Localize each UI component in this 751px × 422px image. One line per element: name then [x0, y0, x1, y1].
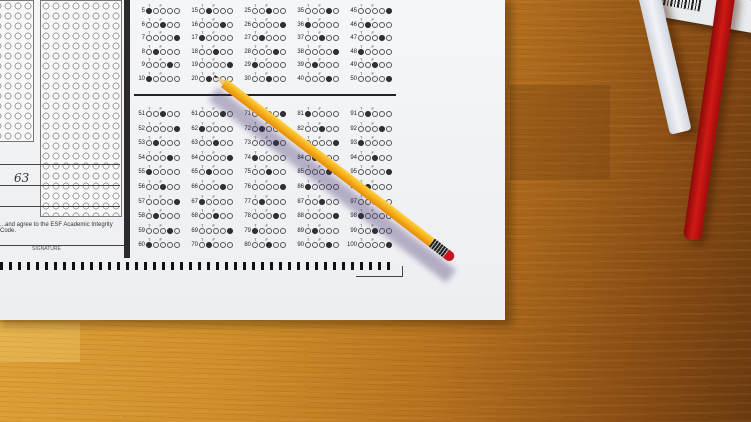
- answer-bubble[interactable]: [333, 155, 339, 161]
- answer-bubble[interactable]: [174, 22, 180, 28]
- answer-bubble[interactable]: [199, 213, 205, 219]
- answer-bubble[interactable]: [326, 22, 332, 28]
- answer-bubble[interactable]: [319, 62, 325, 68]
- answer-bubble[interactable]: [160, 8, 166, 14]
- answer-bubble[interactable]: [333, 140, 339, 146]
- answer-bubble[interactable]: [206, 184, 212, 190]
- answer-bubble[interactable]: [319, 213, 325, 219]
- answer-bubble[interactable]: [206, 199, 212, 205]
- answer-bubble[interactable]: [319, 199, 325, 205]
- answer-bubble[interactable]: [160, 126, 166, 132]
- answer-bubble[interactable]: [146, 111, 152, 117]
- answer-bubble[interactable]: [213, 199, 219, 205]
- answer-bubble[interactable]: [333, 242, 339, 248]
- answer-bubble[interactable]: [199, 199, 205, 205]
- answer-bubble[interactable]: [206, 62, 212, 68]
- answer-bubble[interactable]: [358, 76, 364, 82]
- answer-bubble[interactable]: [160, 228, 166, 234]
- answer-bubble[interactable]: [220, 140, 226, 146]
- answer-bubble[interactable]: [167, 111, 173, 117]
- answer-bubble[interactable]: [379, 184, 385, 190]
- answer-bubble[interactable]: [153, 126, 159, 132]
- answer-bubble[interactable]: [167, 213, 173, 219]
- answer-bubble[interactable]: [386, 111, 392, 117]
- answer-bubble[interactable]: [213, 22, 219, 28]
- answer-bubble[interactable]: [167, 62, 173, 68]
- answer-bubble[interactable]: [174, 242, 180, 248]
- answer-bubble[interactable]: [167, 155, 173, 161]
- answer-bubble[interactable]: [220, 199, 226, 205]
- answer-bubble[interactable]: [206, 126, 212, 132]
- answer-bubble[interactable]: [266, 155, 272, 161]
- answer-bubble[interactable]: [273, 8, 279, 14]
- answer-bubble[interactable]: [358, 35, 364, 41]
- answer-bubble[interactable]: [199, 169, 205, 175]
- answer-bubble[interactable]: [199, 140, 205, 146]
- answer-bubble[interactable]: [379, 111, 385, 117]
- answer-bubble[interactable]: [305, 76, 311, 82]
- answer-bubble[interactable]: [266, 184, 272, 190]
- answer-bubble[interactable]: [273, 155, 279, 161]
- answer-bubble[interactable]: [227, 8, 233, 14]
- answer-bubble[interactable]: [174, 126, 180, 132]
- answer-bubble[interactable]: [206, 228, 212, 234]
- answer-bubble[interactable]: [213, 62, 219, 68]
- answer-bubble[interactable]: [266, 76, 272, 82]
- answer-bubble[interactable]: [252, 8, 258, 14]
- answer-bubble[interactable]: [160, 62, 166, 68]
- answer-bubble[interactable]: [227, 126, 233, 132]
- answer-bubble[interactable]: [266, 228, 272, 234]
- answer-bubble[interactable]: [266, 169, 272, 175]
- answer-bubble[interactable]: [227, 169, 233, 175]
- answer-bubble[interactable]: [266, 35, 272, 41]
- answer-bubble[interactable]: [312, 242, 318, 248]
- answer-bubble[interactable]: [312, 49, 318, 55]
- answer-bubble[interactable]: [379, 242, 385, 248]
- answer-bubble[interactable]: [358, 126, 364, 132]
- answer-bubble[interactable]: [266, 213, 272, 219]
- answer-bubble[interactable]: [153, 111, 159, 117]
- answer-bubble[interactable]: [252, 169, 258, 175]
- answer-bubble[interactable]: [365, 228, 371, 234]
- answer-bubble[interactable]: [326, 8, 332, 14]
- answer-bubble[interactable]: [174, 213, 180, 219]
- answer-bubble[interactable]: [379, 155, 385, 161]
- answer-bubble[interactable]: [146, 242, 152, 248]
- answer-bubble[interactable]: [358, 242, 364, 248]
- answer-bubble[interactable]: [174, 140, 180, 146]
- answer-bubble[interactable]: [213, 169, 219, 175]
- answer-bubble[interactable]: [372, 62, 378, 68]
- answer-bubble[interactable]: [312, 62, 318, 68]
- answer-bubble[interactable]: [305, 22, 311, 28]
- answer-bubble[interactable]: [146, 126, 152, 132]
- answer-bubble[interactable]: [372, 169, 378, 175]
- answer-bubble[interactable]: [259, 62, 265, 68]
- answer-bubble[interactable]: [174, 111, 180, 117]
- answer-bubble[interactable]: [372, 22, 378, 28]
- answer-bubble[interactable]: [386, 62, 392, 68]
- answer-bubble[interactable]: [319, 111, 325, 117]
- answer-bubble[interactable]: [167, 242, 173, 248]
- answer-bubble[interactable]: [379, 62, 385, 68]
- answer-bubble[interactable]: [220, 49, 226, 55]
- answer-bubble[interactable]: [153, 62, 159, 68]
- answer-bubble[interactable]: [280, 228, 286, 234]
- answer-bubble[interactable]: [153, 8, 159, 14]
- answer-bubble[interactable]: [372, 76, 378, 82]
- answer-bubble[interactable]: [160, 35, 166, 41]
- answer-bubble[interactable]: [213, 49, 219, 55]
- answer-bubble[interactable]: [153, 184, 159, 190]
- answer-bubble[interactable]: [146, 76, 152, 82]
- answer-bubble[interactable]: [153, 140, 159, 146]
- answer-bubble[interactable]: [259, 242, 265, 248]
- answer-bubble[interactable]: [167, 140, 173, 146]
- answer-bubble[interactable]: [273, 49, 279, 55]
- answer-bubble[interactable]: [312, 76, 318, 82]
- answer-bubble[interactable]: [273, 228, 279, 234]
- answer-bubble[interactable]: [379, 35, 385, 41]
- answer-bubble[interactable]: [227, 199, 233, 205]
- answer-bubble[interactable]: [160, 169, 166, 175]
- answer-bubble[interactable]: [358, 49, 364, 55]
- answer-bubble[interactable]: [160, 76, 166, 82]
- answer-bubble[interactable]: [305, 242, 311, 248]
- answer-bubble[interactable]: [213, 35, 219, 41]
- answer-bubble[interactable]: [227, 22, 233, 28]
- answer-bubble[interactable]: [386, 22, 392, 28]
- answer-bubble[interactable]: [379, 76, 385, 82]
- answer-bubble[interactable]: [305, 199, 311, 205]
- answer-bubble[interactable]: [372, 49, 378, 55]
- answer-bubble[interactable]: [259, 184, 265, 190]
- answer-bubble[interactable]: [326, 62, 332, 68]
- answer-bubble[interactable]: [259, 228, 265, 234]
- answer-bubble[interactable]: [365, 76, 371, 82]
- answer-bubble[interactable]: [153, 76, 159, 82]
- answer-bubble[interactable]: [160, 213, 166, 219]
- answer-bubble[interactable]: [372, 126, 378, 132]
- answer-bubble[interactable]: [326, 228, 332, 234]
- answer-bubble[interactable]: [273, 62, 279, 68]
- answer-bubble[interactable]: [199, 111, 205, 117]
- answer-bubble[interactable]: [326, 199, 332, 205]
- answer-bubble[interactable]: [146, 62, 152, 68]
- answer-bubble[interactable]: [280, 169, 286, 175]
- answer-bubble[interactable]: [160, 242, 166, 248]
- answer-bubble[interactable]: [199, 228, 205, 234]
- answer-bubble[interactable]: [167, 169, 173, 175]
- answer-bubble[interactable]: [206, 8, 212, 14]
- answer-bubble[interactable]: [372, 242, 378, 248]
- answer-bubble[interactable]: [273, 242, 279, 248]
- answer-bubble[interactable]: [312, 35, 318, 41]
- answer-bubble[interactable]: [199, 62, 205, 68]
- answer-bubble[interactable]: [227, 155, 233, 161]
- answer-bubble[interactable]: [386, 126, 392, 132]
- answer-bubble[interactable]: [386, 169, 392, 175]
- answer-bubble[interactable]: [280, 111, 286, 117]
- answer-bubble[interactable]: [259, 22, 265, 28]
- answer-bubble[interactable]: [167, 228, 173, 234]
- answer-bubble[interactable]: [213, 140, 219, 146]
- answer-bubble[interactable]: [386, 184, 392, 190]
- answer-bubble[interactable]: [259, 76, 265, 82]
- answer-bubble[interactable]: [333, 111, 339, 117]
- answer-bubble[interactable]: [153, 242, 159, 248]
- answer-bubble[interactable]: [167, 199, 173, 205]
- answer-bubble[interactable]: [280, 22, 286, 28]
- answer-bubble[interactable]: [372, 155, 378, 161]
- answer-bubble[interactable]: [319, 35, 325, 41]
- answer-bubble[interactable]: [358, 111, 364, 117]
- answer-bubble[interactable]: [220, 155, 226, 161]
- answer-bubble[interactable]: [372, 140, 378, 146]
- answer-bubble[interactable]: [280, 242, 286, 248]
- answer-bubble[interactable]: [266, 22, 272, 28]
- answer-bubble[interactable]: [358, 155, 364, 161]
- answer-bubble[interactable]: [153, 155, 159, 161]
- answer-bubble[interactable]: [174, 155, 180, 161]
- answer-bubble[interactable]: [266, 62, 272, 68]
- answer-bubble[interactable]: [273, 22, 279, 28]
- answer-bubble[interactable]: [220, 213, 226, 219]
- answer-bubble[interactable]: [379, 22, 385, 28]
- answer-bubble[interactable]: [379, 8, 385, 14]
- answer-bubble[interactable]: [206, 213, 212, 219]
- answer-bubble[interactable]: [259, 155, 265, 161]
- answer-bubble[interactable]: [358, 169, 364, 175]
- answer-bubble[interactable]: [227, 62, 233, 68]
- answer-bubble[interactable]: [273, 76, 279, 82]
- answer-bubble[interactable]: [146, 49, 152, 55]
- answer-bubble[interactable]: [333, 22, 339, 28]
- answer-bubble[interactable]: [220, 8, 226, 14]
- answer-bubble[interactable]: [199, 155, 205, 161]
- answer-bubble[interactable]: [358, 140, 364, 146]
- answer-bubble[interactable]: [167, 76, 173, 82]
- answer-bubble[interactable]: [386, 155, 392, 161]
- answer-bubble[interactable]: [160, 22, 166, 28]
- answer-bubble[interactable]: [174, 49, 180, 55]
- answer-bubble[interactable]: [160, 111, 166, 117]
- answer-bubble[interactable]: [386, 242, 392, 248]
- answer-bubble[interactable]: [312, 126, 318, 132]
- answer-bubble[interactable]: [213, 155, 219, 161]
- answer-bubble[interactable]: [252, 155, 258, 161]
- answer-bubble[interactable]: [333, 213, 339, 219]
- answer-bubble[interactable]: [326, 213, 332, 219]
- answer-bubble[interactable]: [273, 35, 279, 41]
- answer-bubble[interactable]: [266, 8, 272, 14]
- answer-bubble[interactable]: [227, 228, 233, 234]
- answer-bubble[interactable]: [326, 111, 332, 117]
- answer-bubble[interactable]: [220, 22, 226, 28]
- answer-bubble[interactable]: [174, 35, 180, 41]
- answer-bubble[interactable]: [305, 8, 311, 14]
- answer-bubble[interactable]: [199, 184, 205, 190]
- answer-bubble[interactable]: [167, 22, 173, 28]
- answer-bubble[interactable]: [206, 155, 212, 161]
- answer-bubble[interactable]: [153, 213, 159, 219]
- answer-bubble[interactable]: [266, 242, 272, 248]
- answer-bubble[interactable]: [326, 76, 332, 82]
- answer-bubble[interactable]: [213, 126, 219, 132]
- answer-bubble[interactable]: [146, 8, 152, 14]
- answer-bubble[interactable]: [252, 184, 258, 190]
- answer-bubble[interactable]: [280, 76, 286, 82]
- answer-bubble[interactable]: [305, 228, 311, 234]
- answer-bubble[interactable]: [252, 49, 258, 55]
- answer-bubble[interactable]: [326, 242, 332, 248]
- answer-bubble[interactable]: [312, 199, 318, 205]
- answer-bubble[interactable]: [386, 140, 392, 146]
- answer-bubble[interactable]: [213, 228, 219, 234]
- answer-bubble[interactable]: [146, 169, 152, 175]
- answer-bubble[interactable]: [365, 242, 371, 248]
- answer-bubble[interactable]: [280, 184, 286, 190]
- answer-bubble[interactable]: [333, 76, 339, 82]
- answer-bubble[interactable]: [252, 22, 258, 28]
- answer-bubble[interactable]: [199, 35, 205, 41]
- answer-bubble[interactable]: [312, 184, 318, 190]
- answer-bubble[interactable]: [213, 213, 219, 219]
- answer-bubble[interactable]: [372, 111, 378, 117]
- answer-bubble[interactable]: [379, 49, 385, 55]
- answer-bubble[interactable]: [280, 35, 286, 41]
- answer-bubble[interactable]: [206, 49, 212, 55]
- answer-bubble[interactable]: [160, 140, 166, 146]
- answer-bubble[interactable]: [174, 76, 180, 82]
- answer-bubble[interactable]: [386, 8, 392, 14]
- answer-bubble[interactable]: [305, 213, 311, 219]
- answer-bubble[interactable]: [160, 184, 166, 190]
- answer-bubble[interactable]: [333, 228, 339, 234]
- answer-bubble[interactable]: [386, 49, 392, 55]
- answer-bubble[interactable]: [220, 35, 226, 41]
- answer-bubble[interactable]: [167, 35, 173, 41]
- answer-bubble[interactable]: [319, 140, 325, 146]
- answer-bubble[interactable]: [206, 242, 212, 248]
- answer-bubble[interactable]: [312, 213, 318, 219]
- answer-bubble[interactable]: [386, 35, 392, 41]
- answer-bubble[interactable]: [220, 184, 226, 190]
- answer-bubble[interactable]: [220, 62, 226, 68]
- answer-bubble[interactable]: [273, 199, 279, 205]
- answer-bubble[interactable]: [365, 126, 371, 132]
- answer-bubble[interactable]: [146, 22, 152, 28]
- answer-bubble[interactable]: [259, 35, 265, 41]
- answer-bubble[interactable]: [305, 111, 311, 117]
- answer-bubble[interactable]: [252, 35, 258, 41]
- answer-bubble[interactable]: [220, 242, 226, 248]
- answer-bubble[interactable]: [312, 228, 318, 234]
- answer-bubble[interactable]: [153, 199, 159, 205]
- answer-bubble[interactable]: [213, 8, 219, 14]
- answer-bubble[interactable]: [273, 184, 279, 190]
- answer-bubble[interactable]: [280, 199, 286, 205]
- answer-bubble[interactable]: [319, 49, 325, 55]
- answer-bubble[interactable]: [146, 213, 152, 219]
- answer-bubble[interactable]: [333, 35, 339, 41]
- answer-bubble[interactable]: [199, 8, 205, 14]
- answer-bubble[interactable]: [167, 8, 173, 14]
- answer-bubble[interactable]: [326, 126, 332, 132]
- answer-bubble[interactable]: [252, 199, 258, 205]
- answer-bubble[interactable]: [213, 184, 219, 190]
- answer-bubble[interactable]: [358, 228, 364, 234]
- answer-bubble[interactable]: [220, 126, 226, 132]
- answer-bubble[interactable]: [326, 140, 332, 146]
- answer-bubble[interactable]: [227, 242, 233, 248]
- answer-bubble[interactable]: [146, 199, 152, 205]
- answer-bubble[interactable]: [259, 213, 265, 219]
- answer-bubble[interactable]: [280, 62, 286, 68]
- answer-bubble[interactable]: [227, 213, 233, 219]
- answer-bubble[interactable]: [305, 126, 311, 132]
- answer-bubble[interactable]: [206, 76, 212, 82]
- answer-bubble[interactable]: [305, 49, 311, 55]
- answer-bubble[interactable]: [174, 184, 180, 190]
- answer-bubble[interactable]: [305, 62, 311, 68]
- answer-bubble[interactable]: [319, 8, 325, 14]
- answer-bubble[interactable]: [252, 213, 258, 219]
- answer-bubble[interactable]: [199, 76, 205, 82]
- answer-bubble[interactable]: [220, 169, 226, 175]
- answer-bubble[interactable]: [167, 49, 173, 55]
- answer-bubble[interactable]: [273, 169, 279, 175]
- answer-bubble[interactable]: [358, 8, 364, 14]
- answer-bubble[interactable]: [280, 49, 286, 55]
- answer-bubble[interactable]: [206, 35, 212, 41]
- answer-bubble[interactable]: [213, 111, 219, 117]
- answer-bubble[interactable]: [333, 62, 339, 68]
- answer-bubble[interactable]: [227, 49, 233, 55]
- answer-bubble[interactable]: [153, 49, 159, 55]
- answer-bubble[interactable]: [206, 140, 212, 146]
- answer-bubble[interactable]: [252, 242, 258, 248]
- answer-bubble[interactable]: [227, 140, 233, 146]
- answer-bubble[interactable]: [372, 184, 378, 190]
- answer-bubble[interactable]: [174, 169, 180, 175]
- answer-bubble[interactable]: [305, 35, 311, 41]
- answer-bubble[interactable]: [153, 228, 159, 234]
- answer-bubble[interactable]: [174, 199, 180, 205]
- answer-bubble[interactable]: [213, 242, 219, 248]
- answer-bubble[interactable]: [252, 228, 258, 234]
- answer-bubble[interactable]: [174, 62, 180, 68]
- answer-bubble[interactable]: [333, 8, 339, 14]
- answer-bubble[interactable]: [379, 140, 385, 146]
- answer-bubble[interactable]: [199, 22, 205, 28]
- answer-bubble[interactable]: [146, 228, 152, 234]
- answer-bubble[interactable]: [312, 22, 318, 28]
- answer-bubble[interactable]: [280, 8, 286, 14]
- answer-bubble[interactable]: [174, 8, 180, 14]
- answer-bubble[interactable]: [259, 169, 265, 175]
- answer-bubble[interactable]: [365, 8, 371, 14]
- answer-bubble[interactable]: [379, 169, 385, 175]
- answer-bubble[interactable]: [206, 22, 212, 28]
- answer-bubble[interactable]: [372, 8, 378, 14]
- answer-bubble[interactable]: [259, 8, 265, 14]
- answer-bubble[interactable]: [206, 169, 212, 175]
- answer-bubble[interactable]: [365, 140, 371, 146]
- answer-bubble[interactable]: [358, 62, 364, 68]
- answer-bubble[interactable]: [372, 35, 378, 41]
